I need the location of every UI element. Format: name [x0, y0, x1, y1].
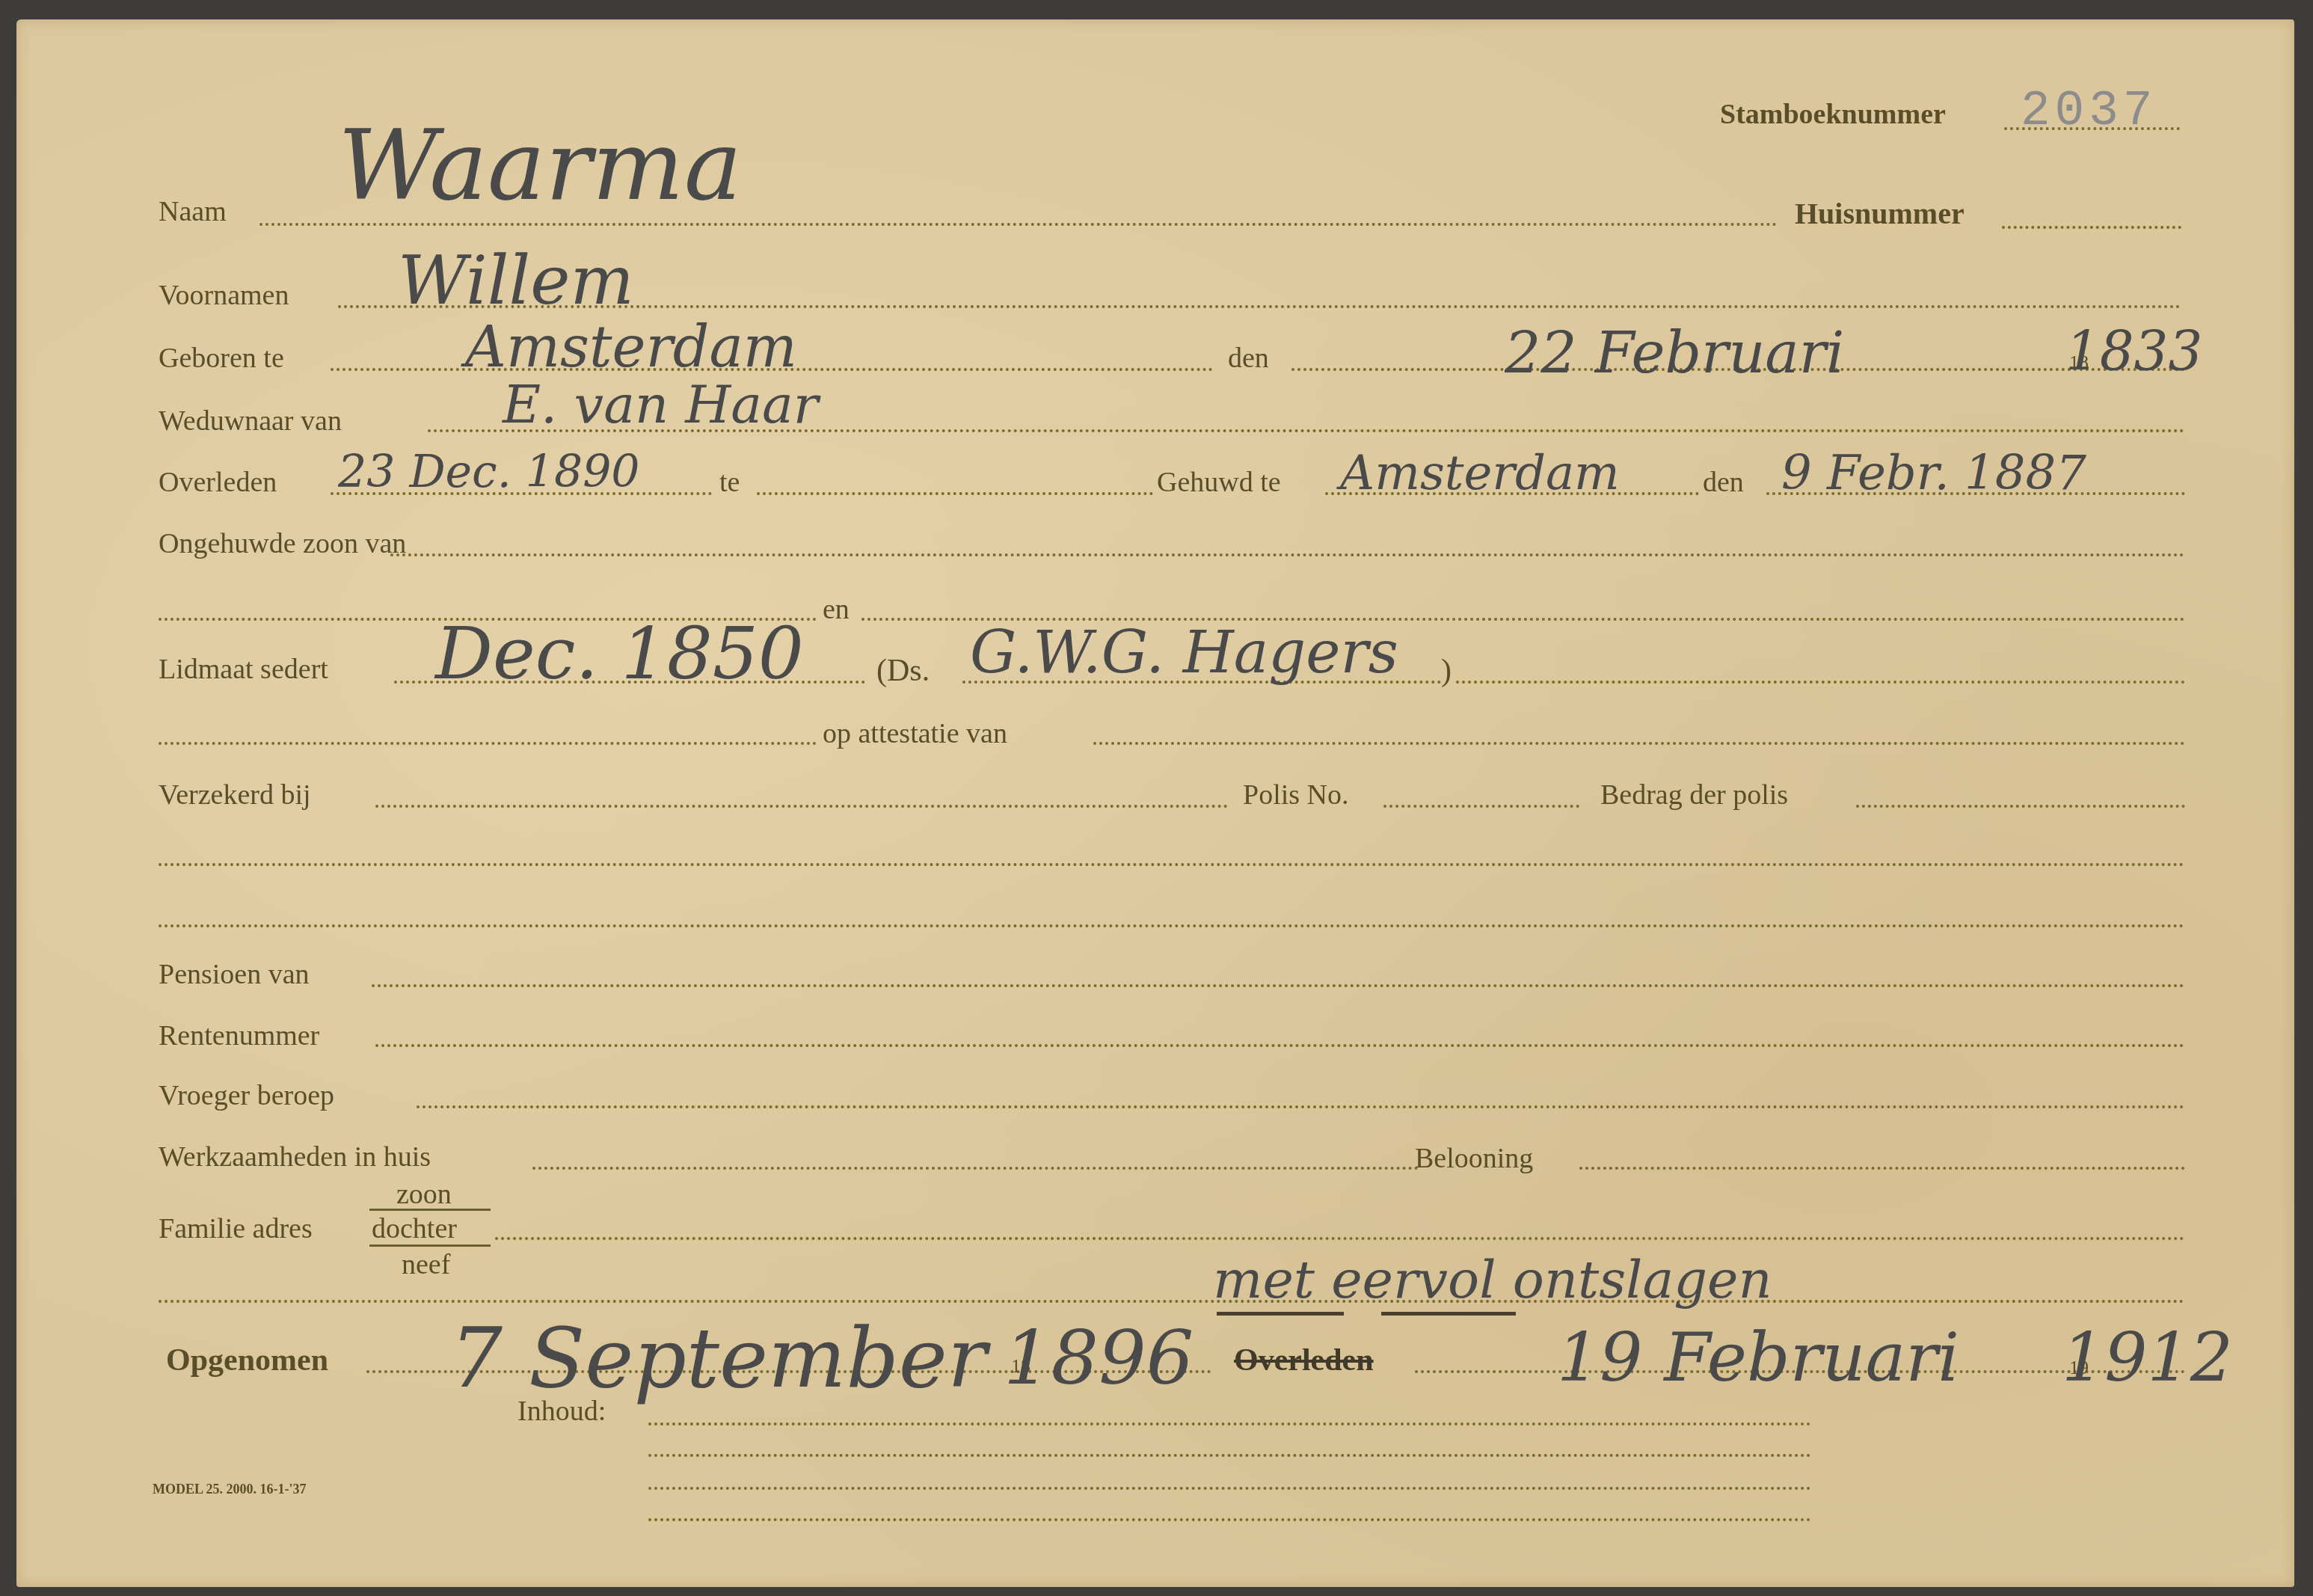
vroeger-beroep-label: Vroeger beroep	[159, 1081, 334, 1110]
huisnummer-label: Huisnummer	[1795, 199, 1965, 229]
overleden-date[interactable]: 23 Dec. 1890	[338, 449, 639, 494]
verzekerd-extra-line-2	[159, 924, 2185, 927]
familie-option-dochter: dochter	[372, 1215, 457, 1243]
inhoud-label: Inhoud:	[517, 1397, 606, 1425]
familie-fraction-line-bottom	[369, 1244, 491, 1247]
stamboeknummer-value[interactable]: 2037	[2021, 87, 2157, 136]
inhoud-line-3	[648, 1487, 1811, 1490]
inhoud-line-1	[648, 1422, 1811, 1425]
lidmaat-tail-line	[1456, 681, 2185, 684]
ontslagen-annotation[interactable]: met eervol ontslagen	[1213, 1253, 1772, 1306]
naam-value[interactable]: Waarma	[338, 117, 742, 214]
overleden-label: Overleden	[159, 468, 277, 497]
inhoud-line-4	[648, 1518, 1811, 1521]
familie-adres-line-2	[159, 1300, 2185, 1303]
belooning-line	[1579, 1167, 2185, 1170]
gehuwd-label: Gehuwd te	[1157, 468, 1281, 497]
ontslagen-year[interactable]: 1912	[2062, 1325, 2233, 1392]
werkzaamheden-line	[532, 1167, 1419, 1170]
familie-fraction-line-top	[369, 1209, 491, 1211]
attestatie-line	[1093, 742, 2185, 745]
polis-no-line	[1383, 805, 1579, 808]
pensioen-label: Pensioen van	[159, 960, 310, 989]
gehuwd-place[interactable]: Amsterdam	[1340, 449, 1620, 497]
geboren-year[interactable]: 1833	[2065, 325, 2202, 378]
vroeger-beroep-line	[417, 1105, 2185, 1108]
familie-adres-line	[495, 1237, 2185, 1240]
ongehuwde-zoon-label: Ongehuwde zoon van	[159, 530, 406, 558]
stamboeknummer-label: Stamboeknummer	[1720, 100, 1946, 129]
familie-option-neef: neef	[402, 1250, 450, 1279]
annotation-underline-2	[1381, 1312, 1516, 1316]
gehuwd-date[interactable]: 9 Febr. 1887	[1781, 449, 2086, 497]
lidmaat-ds-label: (Ds.	[876, 655, 930, 687]
pensioen-line	[372, 984, 2185, 987]
voornamen-label: Voornamen	[159, 281, 289, 310]
inhoud-line-2	[648, 1454, 1811, 1457]
overleden-struck-label: Overleden	[1234, 1345, 1374, 1376]
bedrag-polis-label: Bedrag der polis	[1600, 781, 1788, 809]
weduwnaar-label: Weduwnaar van	[159, 407, 342, 435]
overleden-place-line	[757, 492, 1153, 495]
familie-adres-label: Familie adres	[159, 1215, 313, 1243]
opgenomen-year[interactable]: 1896	[1004, 1321, 1194, 1396]
attestatie-lead-line	[159, 742, 817, 745]
attestatie-label: op attestatie van	[823, 719, 1007, 748]
lidmaat-ds-close: )	[1441, 655, 1452, 687]
lidmaat-value[interactable]: Dec. 1850	[435, 618, 804, 690]
naam-label: Naam	[159, 197, 227, 226]
lidmaat-label: Lidmaat sedert	[159, 655, 328, 684]
naam-line	[259, 223, 1778, 226]
rentenummer-label: Rentenummer	[159, 1022, 319, 1050]
weduwnaar-value[interactable]: E. van Haar	[503, 378, 818, 431]
verzekerd-line	[375, 805, 1228, 808]
model-footer: MODEL 25. 2000. 16-1-'37	[153, 1482, 307, 1496]
lidmaat-ds-value[interactable]: G.W.G. Hagers	[970, 624, 1398, 682]
verzekerd-extra-line-1	[159, 863, 2185, 866]
overleden-te-label: te	[719, 468, 740, 497]
ongehuwde-zoon-line	[390, 553, 2185, 556]
annotation-underline-1	[1217, 1312, 1344, 1316]
opgenomen-date[interactable]: 7 September	[450, 1317, 987, 1399]
werkzaamheden-label: Werkzaamheden in huis	[159, 1143, 431, 1171]
gehuwd-den-label: den	[1703, 468, 1744, 497]
ontslagen-date[interactable]: 19 Februari	[1557, 1325, 1959, 1392]
geboren-den-label: den	[1228, 344, 1269, 372]
verzekerd-label: Verzekerd bij	[159, 781, 311, 809]
opgenomen-label: Opgenomen	[166, 1345, 328, 1376]
geboren-place[interactable]: Amsterdam	[465, 319, 797, 375]
bedrag-polis-line	[1856, 805, 2185, 808]
polis-no-label: Polis No.	[1243, 781, 1348, 809]
voornamen-value[interactable]: Willem	[398, 248, 634, 315]
belooning-label: Belooning	[1415, 1144, 1533, 1173]
familie-option-zoon: zoon	[396, 1180, 452, 1209]
ongehuwde-zoon-en-label: en	[823, 595, 850, 624]
geboren-label: Geboren te	[159, 344, 284, 372]
geboren-date[interactable]: 22 Februari	[1505, 325, 1844, 381]
rentenummer-line	[375, 1044, 2185, 1047]
registration-card: Stamboeknummer 2037 Naam Waarma Huisnumm…	[16, 19, 2294, 1587]
huisnummer-line	[2002, 226, 2181, 229]
